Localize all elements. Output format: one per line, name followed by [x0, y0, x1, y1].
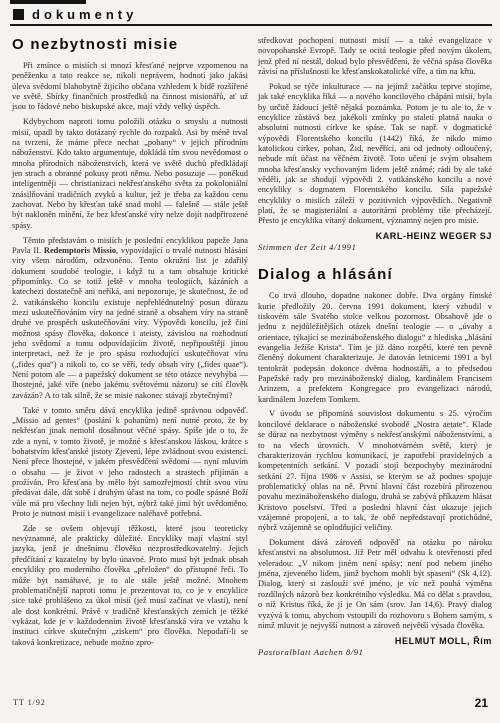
paragraph-text: , vypovídající o trvalé nutnosti hlásání… — [12, 246, 248, 400]
paragraph: Zde se ovšem objevují těžkosti, které js… — [12, 524, 248, 648]
encyclical-name: Redemptoris Missio — [44, 246, 116, 255]
paragraph: Pokud se týče inkulturace — na jejímž za… — [258, 82, 492, 227]
header-rule — [10, 24, 492, 26]
article1-title: O nezbytnosti misie — [12, 36, 248, 53]
footer-journal-ref: TT 1/92 — [13, 698, 46, 707]
paragraph: Těmto představám o misiích je poslední e… — [12, 236, 248, 402]
paragraph: Kdybychom naproti tomu položili otázku o… — [12, 117, 248, 231]
section-marker-icon — [13, 9, 24, 20]
right-column: středkovat pochopení nutnosti misií — a … — [258, 36, 492, 659]
paragraph: Také v tomto směru dává encyklika jedině… — [12, 406, 248, 520]
article2-author-byline: HELMUT MOLL, Řím — [258, 636, 492, 646]
footer-page-number: 21 — [475, 696, 488, 710]
paragraph: V úvodu se připomíná souvislost dokument… — [258, 409, 492, 533]
left-column: O nezbytnosti misie Při zmínce o misiích… — [12, 36, 248, 652]
paragraph: Při zmínce o misiích si mnozí křesťané n… — [12, 61, 248, 113]
document-page: dokumenty O nezbytnosti misie Při zmínce… — [0, 0, 500, 723]
article2-title: Dialog a hlásání — [258, 266, 492, 283]
top-edge-bar — [10, 0, 86, 4]
section-header: dokumenty — [13, 7, 137, 22]
section-label: dokumenty — [32, 7, 137, 22]
paragraph: Dokument dává zároveň odpověď na otázku … — [258, 538, 492, 631]
paragraph: Co trvá dlouho, dopadne nakonec dobře. D… — [258, 291, 492, 405]
paragraph: středkovat pochopení nutnosti misií — a … — [258, 36, 492, 77]
article1-author-byline: KARL-HEINZ WEGER SJ — [258, 231, 492, 241]
article2-source-citation: Pastoralblatt Aachen 8/91 — [258, 647, 492, 657]
article1-source-citation: Stimmen der Zeit 4/1991 — [258, 242, 492, 252]
